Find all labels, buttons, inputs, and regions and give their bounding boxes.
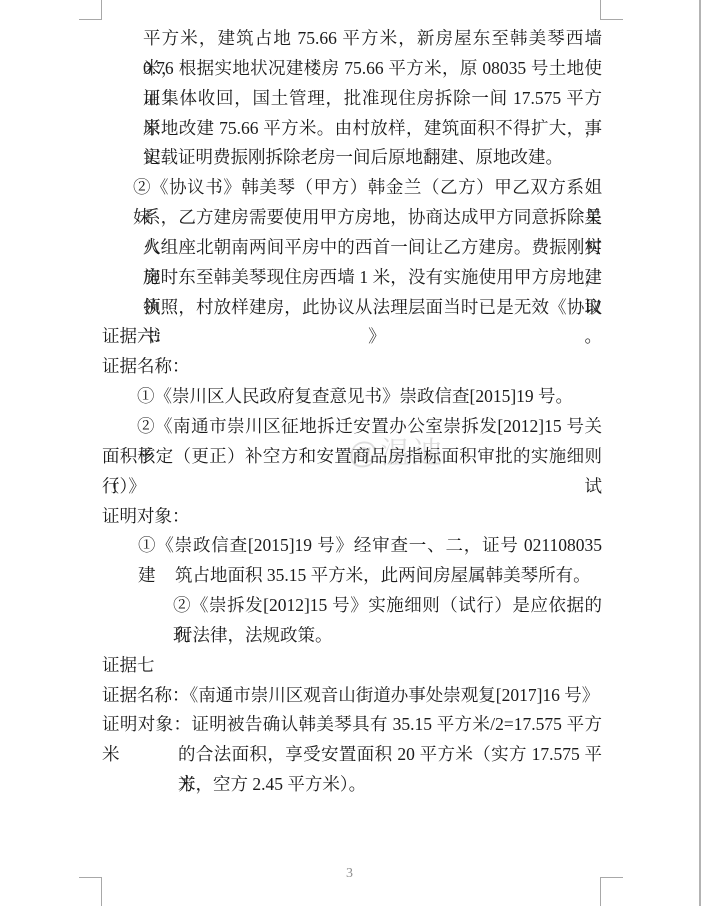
text-line: 米，根据实地状况建楼房 75.66 平方米，原 08035 号土地使用 <box>102 54 602 84</box>
text-line: 证据名称： <box>102 352 602 382</box>
text-line: 的合法面积，享受安置面积 20 平方米（实方 17.575 平方 <box>102 740 602 770</box>
text-line: 执照，村放样建房，此协议从法理层面当时已是无效《协议书》。 <box>102 293 602 323</box>
text-line: 平方米，建筑占地 75.66 平方米，新房屋东至韩美琴西墙 0.76 <box>102 24 602 54</box>
text-line: 证集体收回，国土管理，批准现住房拆除一间 17.575 平方米， <box>102 84 602 114</box>
document-text: 平方米，建筑占地 75.66 平方米，新房屋东至韩美琴西墙 0.76米，根据实地… <box>102 24 602 800</box>
text-line: 米，空方 2.45 平方米）。 <box>102 770 602 800</box>
text-line: 面积核定（更正）补空方和安置商品房指标面积审批的实施细则（试 <box>102 442 602 472</box>
text-line: 证明对象：证明被告确认韩美琴具有 35.15 平方米/2=17.575 平方米 <box>102 710 602 740</box>
text-line: 记载证明费振刚拆除老房一间后原地翻建、原地改建。 <box>102 143 602 173</box>
text-line: 证据名称：《南通市崇川区观音山街道办事处崇观复[2017]16 号》 <box>102 681 602 711</box>
text-line: 房时东至韩美琴现住房西墙 1 米，没有实施使用甲方房地，领取 <box>102 263 602 293</box>
text-boundary-mark-top-left <box>79 0 102 20</box>
text-line: 原地改建 75.66 平方米。由村放样，建筑面积不得扩大，事实 <box>102 114 602 144</box>
text-line: 系，乙方建房需要使用甲方房地，协商达成甲方同意拆除星火村 <box>102 203 602 233</box>
text-line: ②《协议书》韩美琴（甲方）韩金兰（乙方）甲乙双方系姐妹关 <box>102 173 602 203</box>
text-line: ②《南通市崇川区征地拆迁安置办公室崇拆发[2012]15 号关于 <box>102 412 602 442</box>
text-line: 筑占地面积 35.15 平方米，此两间房屋属韩美琴所有。 <box>102 561 602 591</box>
text-line: ①《崇政信查[2015]19 号》经审查一、二，证号 021108035 建 <box>102 531 602 561</box>
text-line: 八组座北朝南两间平房中的西首一间让乙方建房。费振刚实施建 <box>102 233 602 263</box>
page-edge-line <box>699 0 701 906</box>
text-line: ②《崇拆发[2012]15 号》实施细则（试行）是应依据的现 <box>102 591 602 621</box>
text-line: 行法律，法规政策。 <box>102 621 602 651</box>
text-line: ①《崇川区人民政府复查意见书》崇政信查[2015]19 号。 <box>102 382 602 412</box>
document-page: @温迪 平方米，建筑占地 75.66 平方米，新房屋东至韩美琴西墙 0.76米，… <box>0 0 710 906</box>
text-boundary-mark-top-right <box>600 0 623 20</box>
text-line: 证据七 <box>102 651 602 681</box>
text-line: 证明对象： <box>102 502 602 532</box>
page-number: 3 <box>0 866 699 882</box>
